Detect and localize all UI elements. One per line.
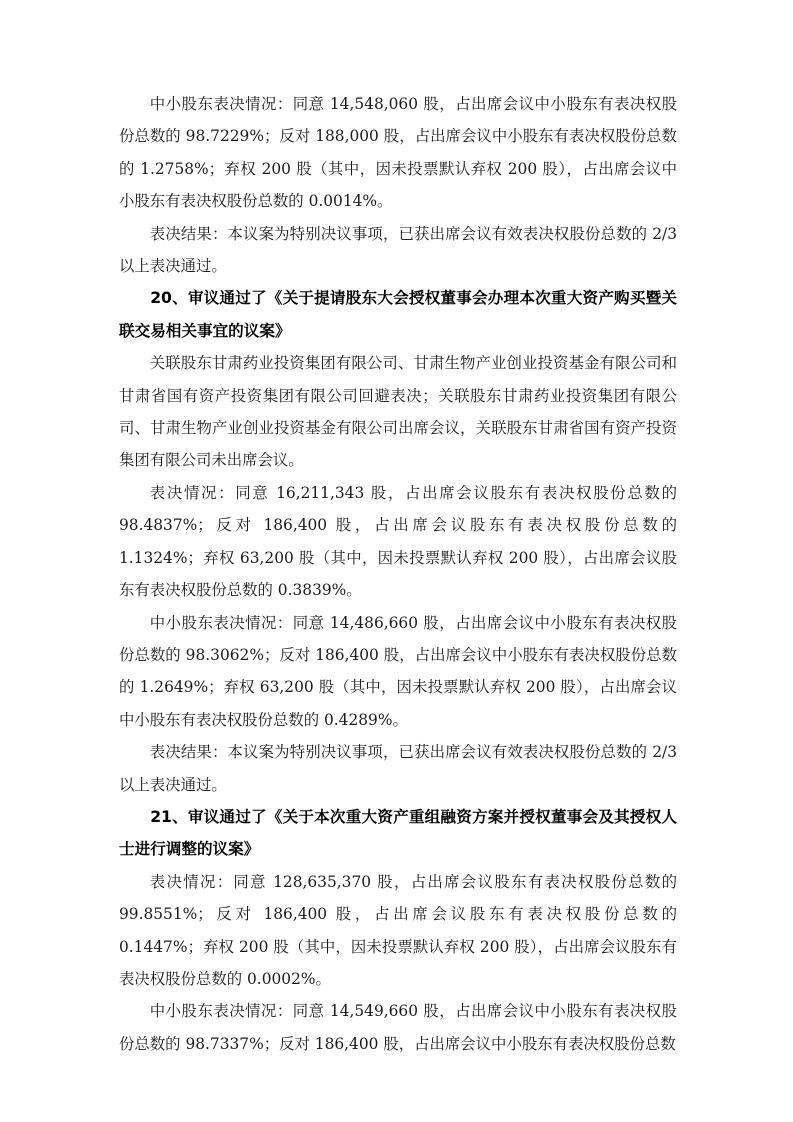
paragraph-votes-item21: 表决情况：同意 128,635,370 股，占出席会议股东有表决权股份总数的 9… <box>119 866 677 996</box>
heading-item21: 21、审议通过了《关于本次重大资产重组融资方案并授权董事会及其授权人士进行调整的… <box>119 801 677 866</box>
paragraph-votes-item20: 表决情况：同意 16,211,343 股，占出席会议股东有表决权股份总数的 98… <box>119 477 677 607</box>
paragraph-related-parties-item20: 关联股东甘肃药业投资集团有限公司、甘肃生物产业创业投资基金有限公司和甘肃省国有资… <box>119 347 677 477</box>
paragraph-result-item20: 表决结果：本议案为特别决议事项，已获出席会议有效表决权股份总数的 2/3 以上表… <box>119 736 677 801</box>
paragraph-result-item19: 表决结果：本议案为特别决议事项，已获出席会议有效表决权股份总数的 2/3 以上表… <box>119 218 677 283</box>
paragraph-minority-votes-item20: 中小股东表决情况：同意 14,486,660 股，占出席会议中小股东有表决权股份… <box>119 607 677 737</box>
heading-item20: 20、审议通过了《关于提请股东大会授权董事会办理本次重大资产购买暨关联交易相关事… <box>119 282 677 347</box>
document-page: 中小股东表决情况：同意 14,548,060 股，占出席会议中小股东有表决权股份… <box>119 88 677 1060</box>
paragraph-minority-votes-item21: 中小股东表决情况：同意 14,549,660 股，占出席会议中小股东有表决权股份… <box>119 995 677 1060</box>
paragraph-minority-votes-item19: 中小股东表决情况：同意 14,548,060 股，占出席会议中小股东有表决权股份… <box>119 88 677 218</box>
